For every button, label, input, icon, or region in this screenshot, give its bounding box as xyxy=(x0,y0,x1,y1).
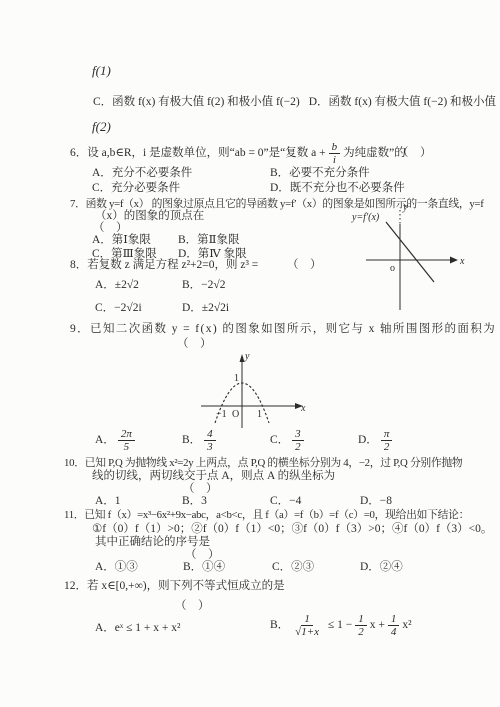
y-axis-arrow xyxy=(240,354,245,362)
q9-option-d: D． π 2 xyxy=(358,428,395,453)
q10-option-a: A．1 xyxy=(95,494,121,509)
q12-answer-brackets: （ ） xyxy=(175,599,210,614)
q9-option-d-fraction: π 2 xyxy=(381,428,393,453)
y-axis-label: y xyxy=(402,202,408,213)
q8-option-d: D．±2√2i xyxy=(182,301,229,316)
q9-option-a-fraction: 2π 5 xyxy=(118,428,135,453)
q8-option-b: B．−2√2 xyxy=(182,278,225,293)
exam-page: f(1) C．函数 f(x) 有极大值 f(2) 和极小值 f(−2) D．函数… xyxy=(0,0,500,707)
q11-option-a: A．①③ xyxy=(95,560,138,575)
q11-option-c: C．②③ xyxy=(272,560,314,575)
q11-option-d: D．②④ xyxy=(360,560,403,575)
q6-option-c: C．充分必要条件 xyxy=(92,181,180,196)
x-axis-arrow xyxy=(450,257,458,264)
q10-option-b: B．3 xyxy=(182,494,207,509)
q12-option-b: B． 1 √1+x ≤ 1 − 1 2 x + 1 4 x² xyxy=(270,613,412,638)
q6-fraction: b i xyxy=(329,141,341,166)
q6-answer-brackets: （ ） xyxy=(397,146,432,161)
q12-option-b-fraction1: 1 √1+x xyxy=(292,613,322,638)
one-label: 1 xyxy=(257,409,262,420)
neg-one-label: −1 xyxy=(216,409,227,420)
q5-option-row: C．函数 f(x) 有极大值 f(2) 和极小值 f(−2) D．函数 f(x)… xyxy=(93,95,496,110)
x-axis-label: x xyxy=(300,403,306,414)
question-8-stem: 8．若复数 z 满足方程 z²+2=0，则 z³ = xyxy=(70,258,258,273)
x-axis-label: x xyxy=(459,256,465,267)
q12-option-b-fraction2: 1 2 xyxy=(355,613,367,638)
q10-option-c: C．−4 xyxy=(270,494,301,509)
question-11-stem-line1: 11．已知 f（x）=x³−6x²+9x−abc，a<b<c，且 f（a）=f（… xyxy=(64,508,469,523)
y-axis-label: y xyxy=(244,351,250,362)
q5-f2-expression: f(2) xyxy=(92,119,111,134)
q5-option-c: C．函数 f(x) 有极大值 f(2) 和极小值 f(−2) xyxy=(93,95,300,110)
q7-derivative-graph: y x o y=f′(x) xyxy=(350,198,498,316)
peak-value-label: 1 xyxy=(234,373,239,384)
q8-answer-brackets: （ ） xyxy=(287,258,322,273)
q9-option-a: A． 2π 5 xyxy=(95,428,138,453)
q9-parabola-graph: y 1 −1 O 1 x xyxy=(193,350,315,432)
question-6-stem: 6．设 a,b∈R，i 是虚数单位，则“ab = 0”是“复数 a + b i … xyxy=(70,141,406,166)
curve-label: y=f′(x) xyxy=(351,212,380,223)
q7-option-b: B．第Ⅱ象限 xyxy=(178,233,240,248)
q10-option-d: D．−8 xyxy=(360,494,392,509)
q9-option-b-fraction: 4 3 xyxy=(204,428,216,453)
question-9-stem: 9．已知二次函数 y = f(x) 的图象如图所示，则它与 x 轴所围图形的面积… xyxy=(70,322,496,337)
q6-option-a: A．充分不必要条件 xyxy=(92,166,192,181)
q9-option-c: C． 3 2 xyxy=(270,428,307,453)
q12-option-b-fraction3: 1 4 xyxy=(388,613,400,638)
question-12-stem: 12．若 x∈[0,+∞)，则下列不等式恒成立的是 xyxy=(64,579,285,594)
q11-option-b: B．①④ xyxy=(183,560,225,575)
q12-option-a: A．eˣ ≤ 1 + x + x² xyxy=(95,621,180,636)
q8-option-c: C．−2√2i xyxy=(95,301,142,316)
q5-f1-expression: f(1) xyxy=(92,63,111,78)
origin-label: o xyxy=(390,263,395,274)
q7-option-a: A．第Ⅰ象限 xyxy=(92,233,151,248)
q6-option-b: B．必要不充分条件 xyxy=(270,166,370,181)
q6-option-d: D．既不充分也不必要条件 xyxy=(270,181,405,196)
origin-label: O xyxy=(232,409,239,420)
q8-option-a: A．±2√2 xyxy=(95,278,139,293)
q5-option-d: D．函数 f(x) 有极大值 f(−2) 和极小值 xyxy=(309,95,496,110)
q9-option-c-fraction: 3 2 xyxy=(292,428,304,453)
q9-option-b: B． 4 3 xyxy=(182,428,219,453)
